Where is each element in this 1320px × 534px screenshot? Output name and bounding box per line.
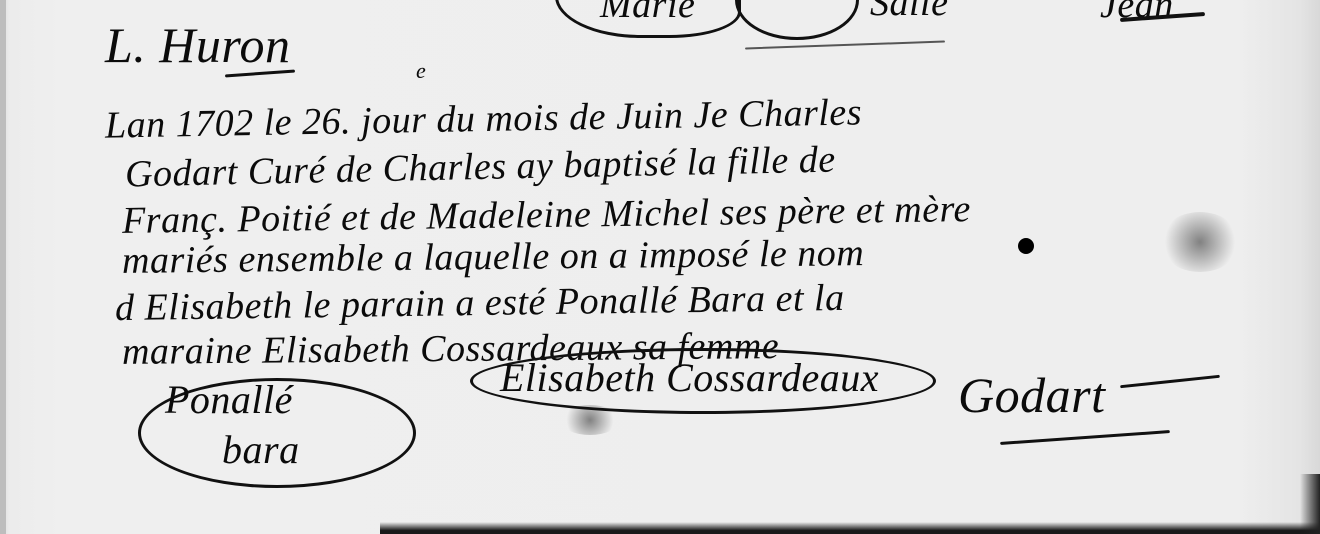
signature-godmother: Elisabeth Cossardeaux [500,358,879,398]
signature-flourish [1120,375,1220,388]
scan-bottom-shadow [380,522,1320,534]
register-page: L. Huron Marie Sallé Jean e Lan 1702 le … [0,0,1320,534]
signature-godfather-line2: bara [222,430,300,470]
scan-corner-shadow [1300,474,1320,534]
ink-smudge [1160,212,1240,272]
signature-mark-circle [735,0,859,40]
record-line-5: d Elisabeth le parain a esté Ponallé Bar… [115,279,845,327]
signature-flourish [1000,430,1170,445]
record-line-1: Lan 1702 le 26. jour du mois de Juin Je … [105,93,863,144]
superscript-e: e [416,60,426,82]
header-signature-salle: Sallé [870,0,948,22]
signature-flourish [745,41,945,50]
signature-godfather-line1: Ponallé [165,380,293,420]
header-signature-marie: Marie [600,0,695,24]
header-signature-left: L. Huron [105,20,291,70]
page-binding-edge [0,0,6,534]
record-line-2: Godart Curé de Charles ay baptisé la fil… [125,141,836,194]
signature-priest: Godart [958,370,1105,420]
record-line-4: mariés ensemble a laquelle on a imposé l… [122,234,865,280]
ink-blot [1018,238,1034,254]
